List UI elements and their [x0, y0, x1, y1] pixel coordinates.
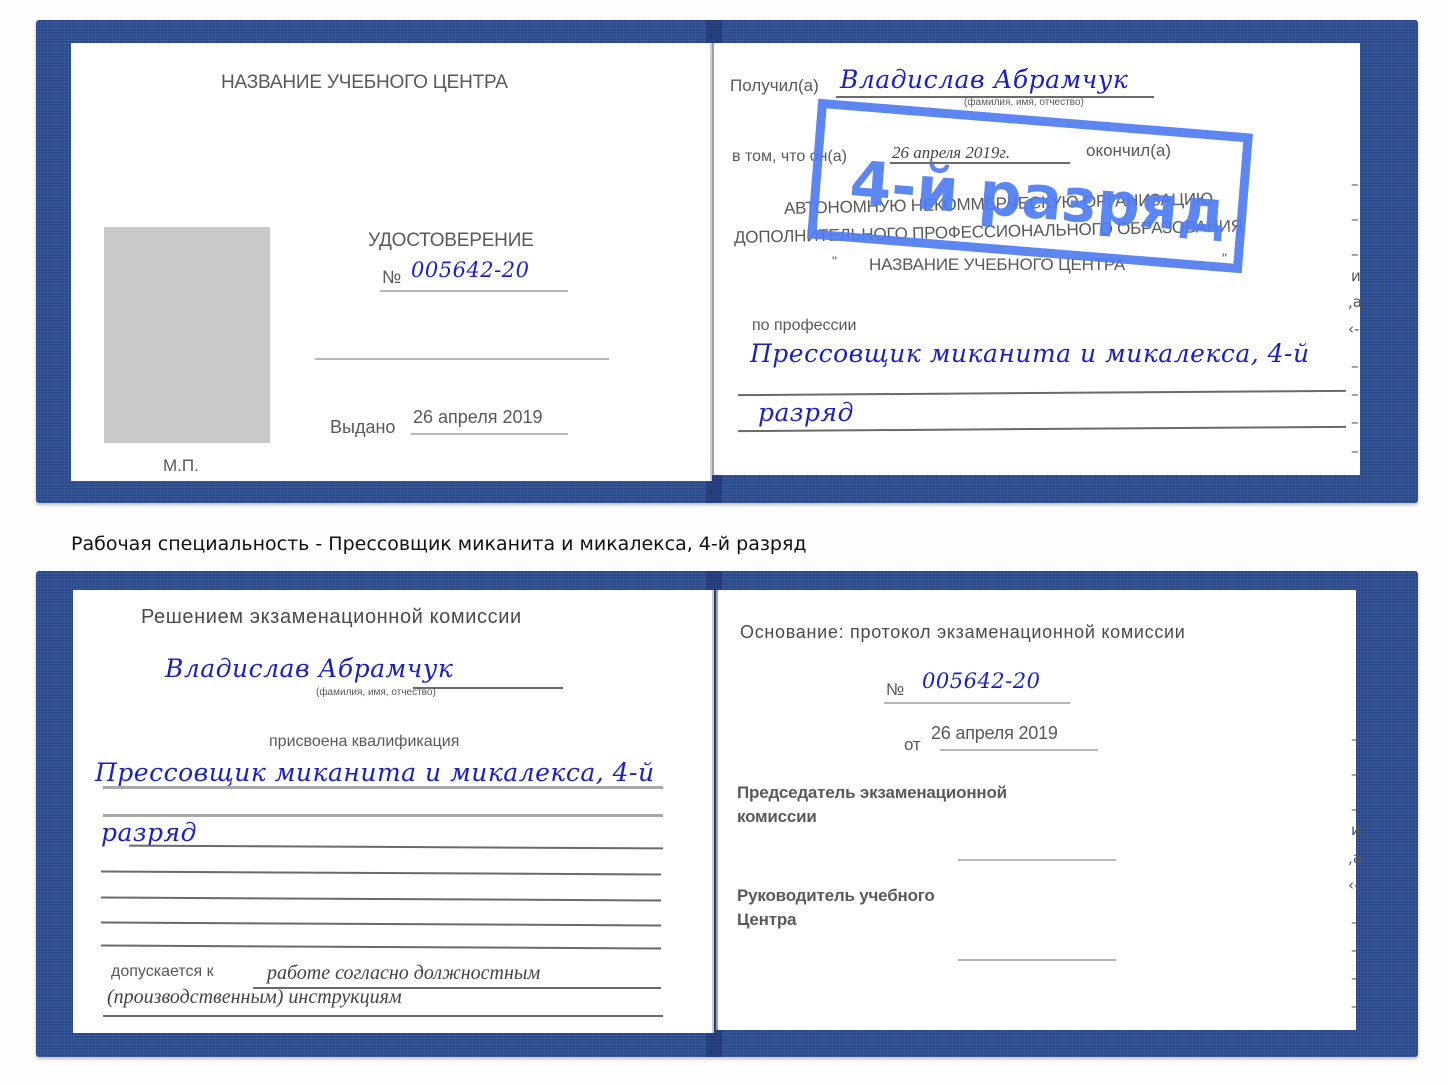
head-line-2: Центра: [737, 910, 796, 930]
org-open-quote: ": [832, 253, 837, 269]
edge-mark: –: [1351, 730, 1359, 748]
profession-underline-1: [738, 390, 1346, 396]
protocol-date: 26 апреля 2019: [931, 723, 1058, 744]
edge-mark: –: [1351, 941, 1359, 959]
edge-mark: и: [1351, 267, 1361, 285]
head-signature-line: [958, 959, 1116, 961]
recipient-name: Владислав Абрамчук: [840, 65, 1128, 94]
edge-mark: –: [1351, 357, 1359, 375]
edge-mark: –: [1351, 245, 1359, 263]
edge-mark: ‹-: [1348, 320, 1359, 338]
qualification-line-2: разряд: [101, 818, 197, 847]
profession-line-2: разряд: [758, 398, 854, 427]
issued-label: Выдано: [330, 417, 395, 438]
ruled-line: [129, 845, 663, 849]
admitted-underline-2: [103, 1015, 663, 1017]
qualification-underline-1: [103, 786, 663, 789]
seal-label: М.П.: [163, 456, 199, 476]
ruled-line: [101, 897, 661, 901]
edge-mark: –: [1351, 385, 1359, 403]
decision-heading: Решением экзаменационной комиссии: [141, 606, 522, 629]
certificate-left-page: НАЗВАНИЕ УЧЕБНОГО ЦЕНТРА М.П. УДОСТОВЕРЕ…: [71, 43, 712, 481]
certificate-right-page: Получил(а) Владислав Абрамчук (фамилия, …: [712, 43, 1360, 475]
number-underline: [380, 290, 568, 292]
chairman-line-1: Председатель экзаменационной: [737, 783, 1007, 803]
edge-mark: –: [1351, 765, 1359, 783]
edge-mark: –: [1351, 913, 1359, 931]
protocol-right-page: Основание: протокол экзаменационной коми…: [716, 590, 1356, 1030]
edge-mark: –: [1351, 210, 1359, 228]
edge-mark: –: [1351, 969, 1359, 987]
photo-placeholder: [104, 227, 270, 443]
basis-text: Основание: протокол экзаменационной коми…: [740, 622, 1186, 643]
document-title: УДОСТОВЕРЕНИЕ: [368, 230, 534, 252]
admitted-line-2: (производственным) инструкциям: [107, 986, 402, 1009]
edge-mark: ,а: [1348, 849, 1362, 867]
blank-line: [315, 358, 609, 360]
edge-mark: –: [1351, 800, 1359, 818]
head-line-1: Руководитель учебного: [737, 886, 935, 906]
chairman-line-2: комиссии: [737, 807, 817, 827]
protocol-number: 005642-20: [922, 669, 1040, 693]
issued-underline: [411, 433, 568, 435]
profession-label: по профессии: [752, 317, 856, 335]
qualification-line-1: Прессовщик миканита и микалекса, 4-й: [95, 758, 655, 787]
admitted-line-1: работе согласно должностным: [267, 962, 540, 985]
qualification-underline-2: [103, 814, 663, 817]
issued-date: 26 апреля 2019: [413, 407, 543, 428]
ruled-line: [101, 945, 661, 949]
training-center-title: НАЗВАНИЕ УЧЕБНОГО ЦЕНТРА: [221, 72, 508, 94]
name-hint: (фамилия, имя, отчество): [316, 687, 436, 698]
edge-mark: ‹-: [1348, 876, 1359, 894]
specialty-caption: Рабочая специальность - Прессовщик микан…: [71, 533, 807, 555]
edge-mark: и: [1351, 821, 1361, 839]
edge-mark: –: [1351, 413, 1359, 431]
protocol-left-page: Решением экзаменационной комиссии Владис…: [73, 590, 714, 1033]
edge-mark: ,а: [1348, 293, 1362, 311]
person-name: Владислав Абрамчук: [165, 654, 453, 683]
certificate-number: 005642-20: [411, 258, 529, 282]
received-label: Получил(а): [730, 76, 819, 96]
chairman-signature-line: [958, 859, 1116, 861]
edge-mark: –: [1351, 997, 1359, 1015]
edge-mark: –: [1351, 175, 1359, 193]
admitted-label: допускается к: [111, 963, 214, 981]
name-hint: (фамилия, имя, отчество): [964, 97, 1084, 108]
protocol-number-label: №: [886, 680, 904, 700]
profession-line-1: Прессовщик миканита и микалекса, 4-й: [750, 339, 1310, 368]
protocol-number-underline: [884, 702, 1070, 704]
edge-mark: –: [1351, 442, 1359, 460]
ruled-line: [101, 922, 661, 926]
protocol-date-underline: [940, 749, 1098, 751]
ruled-line: [101, 871, 661, 875]
number-label: №: [382, 267, 401, 288]
qualification-label: присвоена квалификация: [269, 733, 459, 751]
protocol-date-label: от: [904, 735, 920, 755]
